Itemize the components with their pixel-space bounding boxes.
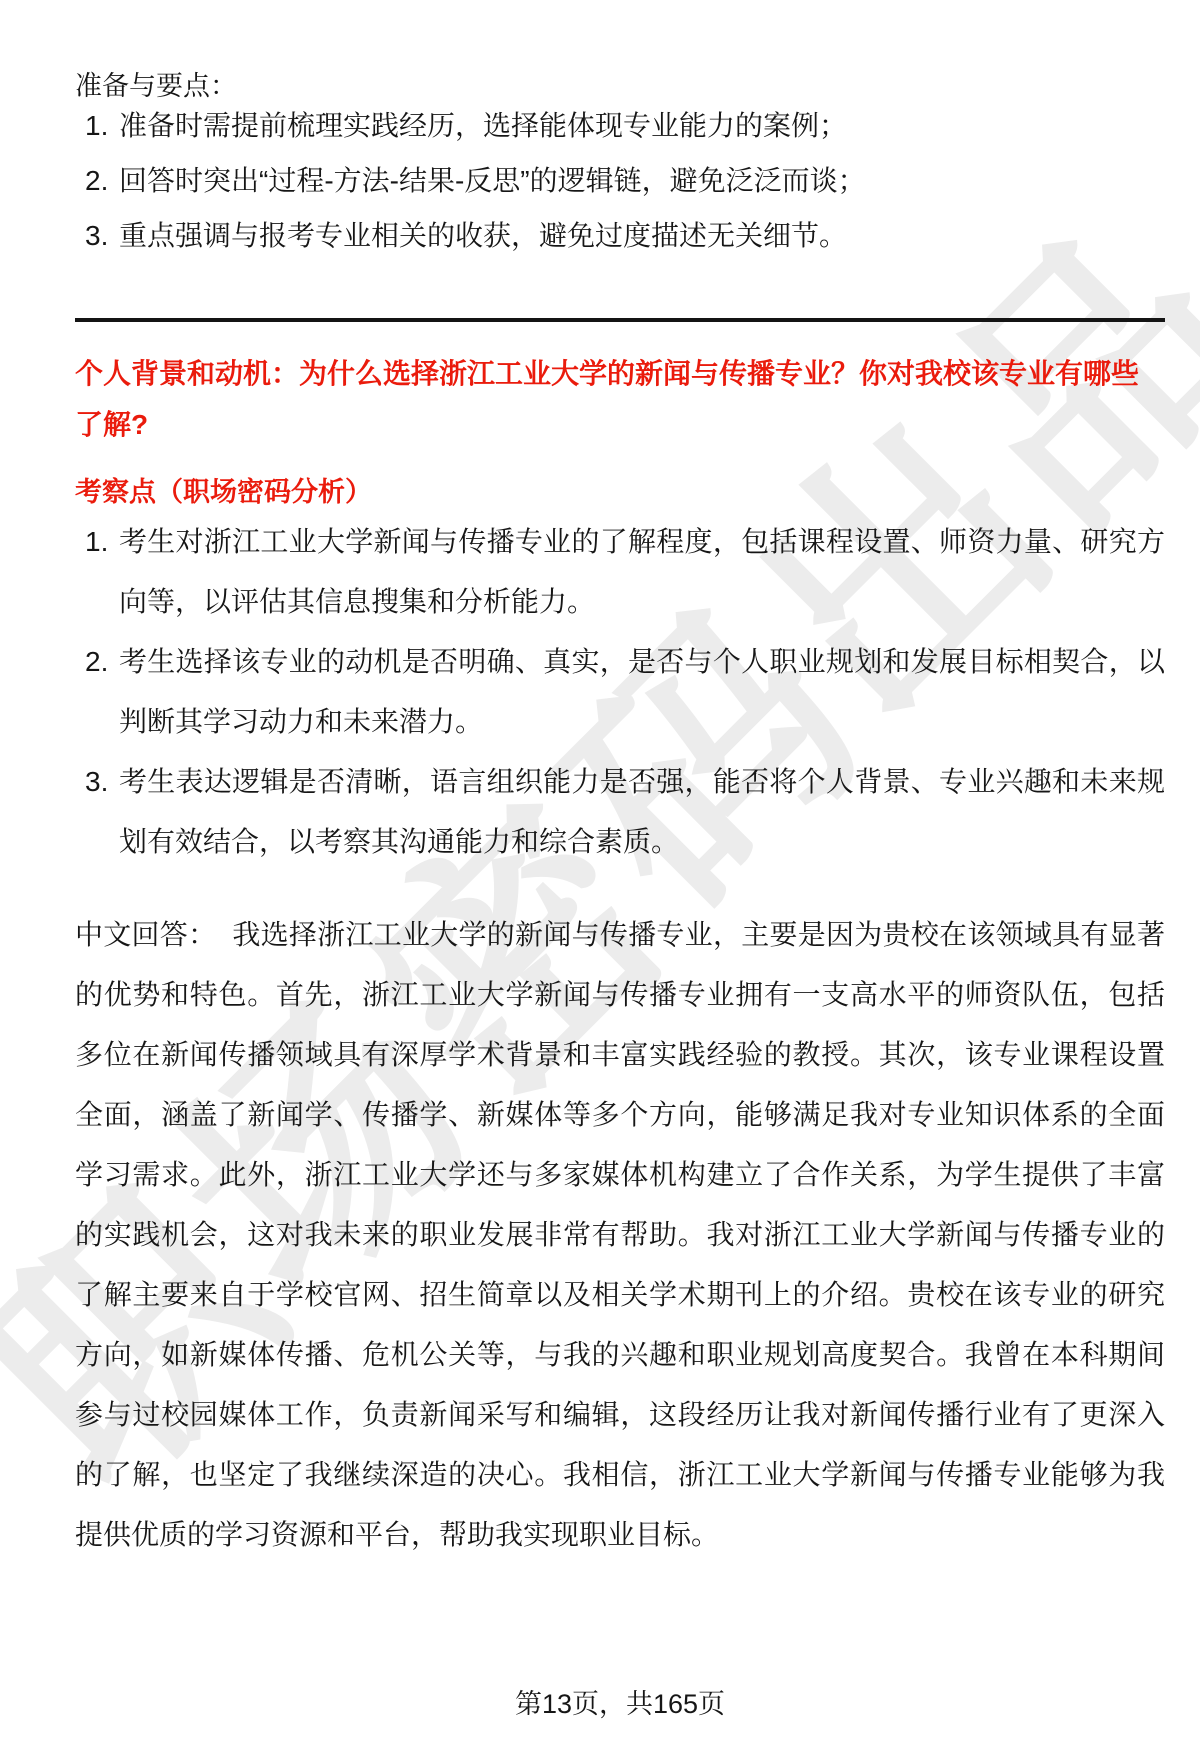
list-item-number: 3. — [85, 752, 108, 812]
list-item-text: 考生选择该专业的动机是否明确、真实，是否与个人职业规划和发展目标相契合，以判断其… — [119, 646, 1165, 737]
list-item: 1. 准备时需提前梳理实践经历，选择能体现专业能力的案例； — [75, 106, 1165, 146]
list-item: 2. 考生选择该专业的动机是否明确、真实，是否与个人职业规划和发展目标相契合，以… — [75, 632, 1165, 752]
prep-list: 1. 准备时需提前梳理实践经历，选择能体现专业能力的案例； 2. 回答时突出“过… — [75, 106, 1165, 256]
answer-text: 我选择浙江工业大学的新闻与传播专业，主要是因为贵校在该领域具有显著的优势和特色。… — [75, 919, 1165, 1550]
list-item: 3. 考生表达逻辑是否清晰，语言组织能力是否强，能否将个人背景、专业兴趣和未来规… — [75, 752, 1165, 872]
page-footer: 第13页，共165页 — [75, 1684, 1165, 1724]
list-item-text: 考生对浙江工业大学新闻与传播专业的了解程度，包括课程设置、师资力量、研究方向等，… — [119, 526, 1165, 617]
section-divider — [75, 318, 1165, 322]
question-heading: 个人背景和动机：为什么选择浙江工业大学的新闻与传播专业？你对我校该专业有哪些了解… — [75, 348, 1165, 450]
list-item-text: 准备时需提前梳理实践经历，选择能体现专业能力的案例； — [119, 110, 847, 141]
list-item-text: 回答时突出“过程-方法-结果-反思”的逻辑链，避免泛泛而谈； — [119, 165, 866, 196]
list-item-number: 1. — [85, 512, 108, 572]
list-item: 2. 回答时突出“过程-方法-结果-反思”的逻辑链，避免泛泛而谈； — [75, 161, 1165, 201]
page-content: 准备与要点： 1. 准备时需提前梳理实践经历，选择能体现专业能力的案例； 2. … — [0, 0, 1200, 1565]
list-item-number: 2. — [85, 632, 108, 692]
prep-section-title: 准备与要点： — [75, 0, 1165, 106]
list-item-number: 1. — [85, 106, 108, 146]
list-item-text: 考生表达逻辑是否清晰，语言组织能力是否强，能否将个人背景、专业兴趣和未来规划有效… — [119, 766, 1165, 857]
list-item-number: 3. — [85, 216, 108, 256]
answer-label: 中文回答： — [75, 919, 216, 950]
answer-paragraph: 中文回答：我选择浙江工业大学的新闻与传播专业，主要是因为贵校在该领域具有显著的优… — [75, 905, 1165, 1565]
exam-points-title: 考察点（职场密码分析） — [75, 472, 1165, 512]
list-item-number: 2. — [85, 161, 108, 201]
list-item-text: 重点强调与报考专业相关的收获，避免过度描述无关细节。 — [119, 220, 847, 251]
document-page: { "colors":{ "accent_red":"#ea1b0c", "di… — [0, 0, 1200, 1755]
list-item: 1. 考生对浙江工业大学新闻与传播专业的了解程度，包括课程设置、师资力量、研究方… — [75, 512, 1165, 632]
exam-points-list: 1. 考生对浙江工业大学新闻与传播专业的了解程度，包括课程设置、师资力量、研究方… — [75, 512, 1165, 872]
list-item: 3. 重点强调与报考专业相关的收获，避免过度描述无关细节。 — [75, 216, 1165, 256]
